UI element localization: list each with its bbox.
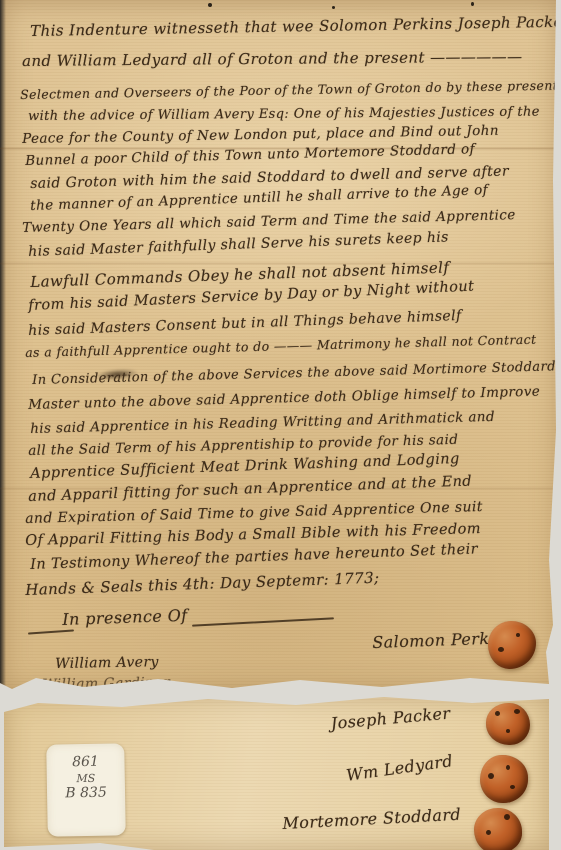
archive-label-number: 861 [72,754,99,772]
wax-seal [480,755,528,803]
wax-seal [486,703,530,745]
wax-seal [488,621,536,669]
seal-speck [498,647,504,652]
manuscript-line: and William Ledyard all of Groton and th… [22,48,523,70]
paper-speck [208,3,212,7]
manuscript-line: with the advice of William Avery Esq: On… [28,105,540,124]
seal-speck [516,633,520,637]
archive-label-ms: MS [76,771,95,785]
manuscript-line: In Consideration of the above Services t… [32,359,556,388]
seal-speck [506,765,510,770]
archive-label-shelfmark: B 835 [65,785,107,803]
signature-wm-ledyard: Wm Ledyard [345,751,454,785]
signature-william-gardiner: William Gardiner [42,675,170,693]
pen-flourish [28,629,74,634]
seal-speck [495,711,500,716]
manuscript-line: Selectmen and Overseers of the Poor of t… [20,77,561,102]
manuscript-lower-fragment: 861 MS B 835 Joseph Packer Wm Ledyard Mo… [4,696,549,850]
pen-flourish [192,617,334,626]
signature-joseph-packer: Joseph Packer [330,704,451,733]
archive-label: 861 MS B 835 [46,743,126,836]
seal-speck [514,709,520,714]
paper-speck [332,6,335,9]
signature-william-avery: William Avery [55,654,159,672]
seal-speck [506,729,510,733]
manuscript-line: Hands & Seals this 4th: Day Septemr: 177… [25,569,380,599]
manuscript-upper-fragment: This Indenture witnesseth that wee Solom… [0,0,561,694]
seal-speck [488,773,494,779]
manuscript-line: This Indenture witnesseth that wee Solom… [30,13,561,40]
manuscript-line: In presence Of [62,606,188,629]
signature-mortemore-stoddard: Mortemore Stoddard [282,805,461,833]
document-scan: This Indenture witnesseth that wee Solom… [0,0,561,850]
paper-speck [471,2,474,6]
manuscript-line: Master unto the above said Apprentice do… [28,384,540,413]
wax-seal [474,808,522,850]
seal-speck [510,785,515,789]
seal-speck [504,814,510,820]
seal-speck [486,830,491,835]
paper-edge-shadow [0,0,6,694]
